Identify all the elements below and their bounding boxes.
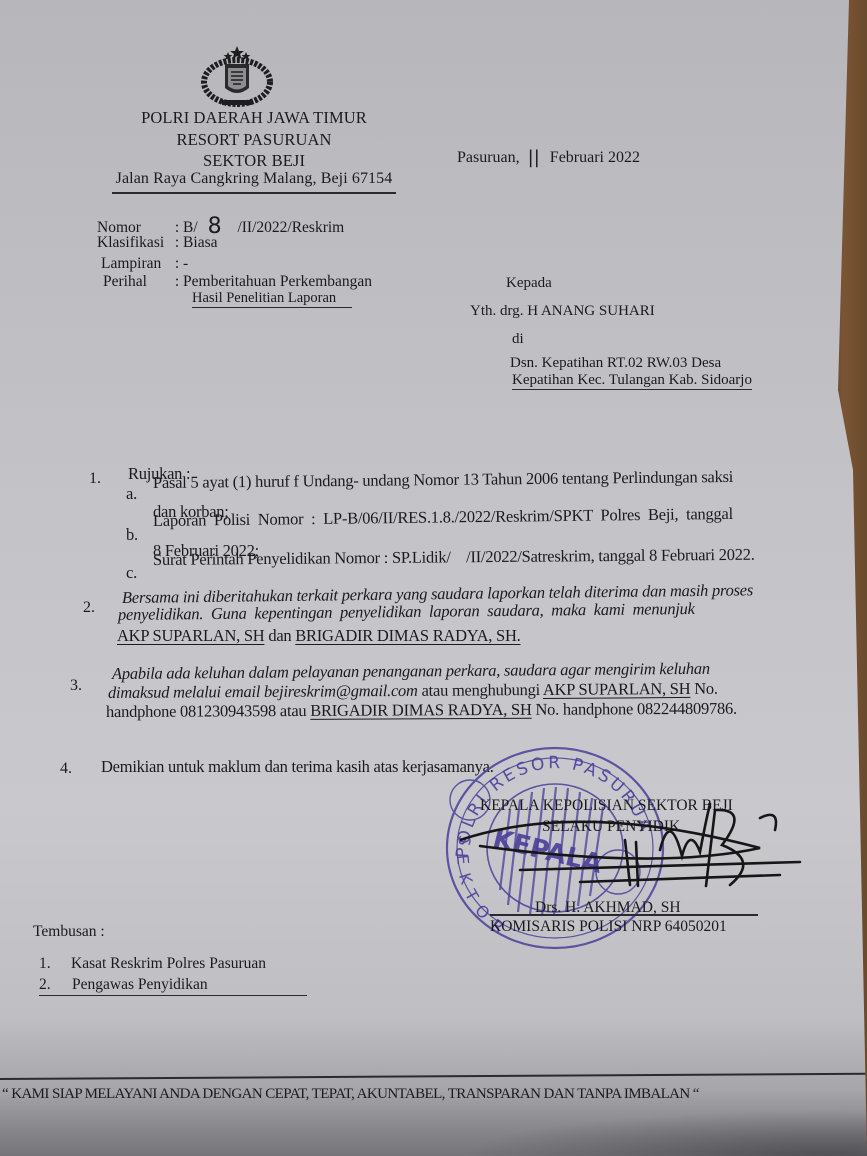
p4-number: 4. bbox=[60, 760, 72, 778]
perihal-label: Perihal bbox=[103, 273, 171, 291]
p1-c-mark: c. bbox=[126, 563, 137, 583]
officer-1-name: AKP SUPARLAN, SH bbox=[117, 626, 264, 645]
nomor-suffix: /II/2022/Reskrim bbox=[237, 219, 344, 236]
signatory-rank: KOMISARIS POLISI NRP 64050201 bbox=[490, 918, 727, 936]
tembusan-item-text: Kasat Reskrim Polres Pasuruan bbox=[71, 955, 266, 972]
meta-lampiran: Lampiran : - bbox=[101, 255, 188, 273]
p1-b-mark: b. bbox=[126, 525, 138, 545]
recipient-kepada: Kepada bbox=[506, 275, 552, 292]
recipient-di: di bbox=[512, 331, 524, 348]
recipient-name: Yth. drg. H ANANG SUHARI bbox=[470, 303, 655, 320]
tembusan-item-text: Pengawas Penyidikan bbox=[72, 976, 208, 993]
tembusan-item-number: 1. bbox=[39, 955, 71, 973]
date-day-handwritten: || bbox=[528, 147, 540, 168]
perihal-value-2-text: Hasil Penelitian Laporan bbox=[192, 290, 352, 308]
officer-2-contact-name: BRIGADIR DIMAS RADYA, SH bbox=[310, 700, 531, 720]
perihal-value-1: : Pemberitahuan Perkembangan bbox=[175, 273, 372, 290]
meta-klasifikasi: Klasifikasi : Biasa bbox=[97, 234, 218, 252]
letterhead-line-3: SEKTOR BEJI bbox=[112, 151, 396, 171]
letterhead-divider bbox=[112, 192, 396, 194]
klasifikasi-label: Klasifikasi bbox=[97, 234, 171, 252]
lampiran-value: : - bbox=[175, 255, 188, 272]
tembusan-label: Tembusan : bbox=[33, 923, 105, 941]
tembusan-item: 1.Kasat Reskrim Polres Pasuruan bbox=[39, 955, 266, 973]
lampiran-label: Lampiran bbox=[101, 255, 171, 273]
p1-b-line1: Laporan Polisi Nomor : LP-B/06/II/RES.1.… bbox=[153, 503, 799, 531]
polri-emblem-icon bbox=[200, 44, 274, 108]
p1-a-mark: a. bbox=[126, 484, 137, 504]
p2-dan: dan bbox=[264, 626, 295, 645]
p3-line3: handphone 081230943598 atau BRIGADIR DIM… bbox=[106, 699, 737, 722]
letterhead-address: Jalan Raya Cangkring Malang, Beji 67154 bbox=[112, 170, 396, 188]
tembusan-item: 2.Pengawas Penyidikan bbox=[39, 976, 307, 996]
klasifikasi-value: : Biasa bbox=[175, 234, 218, 251]
perihal-value-2: Hasil Penelitian Laporan bbox=[192, 290, 352, 307]
letterhead-line-2: RESORT PASURUAN bbox=[112, 130, 396, 150]
date-month-year: Februari 2022 bbox=[550, 149, 640, 166]
p2-line3: AKP SUPARLAN, SH dan BRIGADIR DIMAS RADY… bbox=[117, 626, 521, 646]
meta-perihal: Perihal : Pemberitahuan Perkembangan bbox=[103, 273, 372, 291]
p1-number: 1. bbox=[89, 470, 101, 488]
p4-text: Demikian untuk maklum dan terima kasih a… bbox=[101, 757, 494, 777]
p3-number: 3. bbox=[70, 677, 82, 695]
p2-number: 2. bbox=[83, 599, 95, 617]
p3-line3-post: No. handphone 082244809786. bbox=[532, 699, 737, 719]
p3-line2-mid: atau menghubungi bbox=[418, 680, 543, 700]
date-place: Pasuruan, bbox=[457, 149, 520, 166]
handwritten-signature-icon bbox=[460, 790, 820, 900]
p1-a-line1: Pasal 5 ayat (1) huruf f Undang- undang … bbox=[153, 467, 733, 493]
letter-page: POLRI DAERAH JAWA TIMUR RESORT PASURUAN … bbox=[0, 0, 867, 1156]
officer-1-contact-name: AKP SUPARLAN, SH bbox=[543, 679, 691, 699]
signatory-underline bbox=[490, 914, 758, 916]
p3-line2-post: No. bbox=[690, 679, 718, 698]
p3-line3-pre: handphone 081230943598 atau bbox=[106, 701, 310, 721]
officer-2-name: BRIGADIR DIMAS RADYA, SH. bbox=[295, 626, 520, 645]
shadow-corner bbox=[460, 1110, 867, 1156]
p3-line2-pre: dimaksud melalui email bbox=[108, 682, 264, 702]
letter-date: Pasuruan, || Februari 2022 bbox=[457, 147, 640, 168]
recipient-address-2: Kepatihan Kec. Tulangan Kab. Sidoarjo bbox=[512, 372, 752, 389]
contact-email[interactable]: bejireskrim@gmail.com bbox=[264, 681, 418, 701]
tembusan-item-number: 2. bbox=[39, 976, 72, 994]
recipient-address-2-text: Kepatihan Kec. Tulangan Kab. Sidoarjo bbox=[512, 372, 752, 390]
recipient-address-1: Dsn. Kepatihan RT.02 RW.03 Desa bbox=[510, 355, 721, 372]
p1-c-line1: Surat Perintah Penyelidikan Nomor : SP.L… bbox=[153, 545, 755, 570]
letterhead-line-1: POLRI DAERAH JAWA TIMUR bbox=[112, 108, 396, 128]
footer-divider bbox=[0, 1073, 867, 1080]
